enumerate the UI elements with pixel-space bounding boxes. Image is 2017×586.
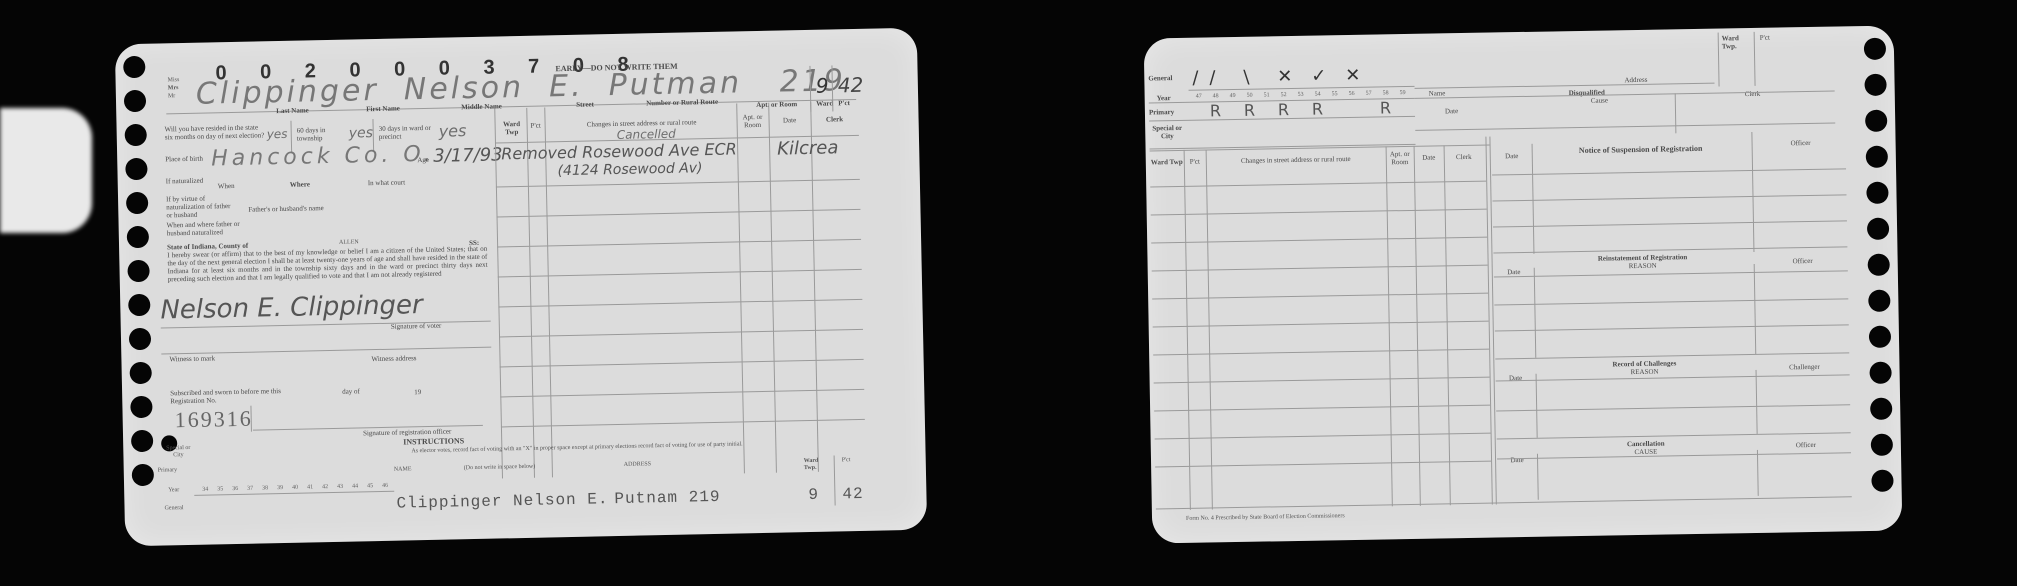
punch-hole	[128, 294, 150, 316]
year-cell: 42	[318, 484, 332, 490]
cancellation-officer-label: Officer	[1761, 440, 1851, 450]
year-cell: 59	[1395, 90, 1411, 96]
year-cell: 39	[273, 485, 287, 491]
registration-number: 169316	[174, 406, 253, 434]
label-place-of-birth: Place of birth	[165, 155, 205, 164]
label-cause: Cause	[1591, 96, 1608, 104]
punch-hole	[1871, 434, 1893, 456]
year-cell: 35	[213, 486, 227, 492]
punch-holes-right	[1144, 25, 1894, 38]
oath-text: I hereby swear (or affirm) that to the b…	[167, 245, 488, 284]
label-by-virtue: If by virtue of naturalization of father…	[166, 194, 236, 219]
year-cell: 51	[1259, 92, 1275, 98]
label-witness-address: Witness address	[371, 354, 416, 363]
back-primary-marks: R R R R R	[1144, 25, 1894, 38]
primary-mark: R	[1312, 99, 1323, 118]
label-pct: P'ct	[838, 99, 850, 107]
year-cell: 50	[1242, 93, 1258, 99]
grid-label-primary: Primary	[1149, 108, 1174, 116]
salutation-miss: Miss	[168, 77, 180, 84]
grid-label-year: Year	[168, 487, 179, 494]
reinstatement-officer-label: Officer	[1758, 256, 1848, 266]
punch-hole	[124, 90, 146, 112]
label-apt-room: Apt. or Room	[756, 100, 797, 109]
salutation-mr: Mr	[168, 93, 175, 100]
form-footer: Form No. 4 Prescribed by State Board of …	[1186, 513, 1345, 523]
residence-answer: yes	[267, 127, 288, 141]
days30-answer: yes	[439, 121, 467, 141]
label-pct-bottom: P'ct	[842, 457, 851, 464]
label-signature-voter: Signature of voter	[391, 322, 442, 331]
col-pct: P'ct	[1184, 158, 1206, 166]
year-cell: 47	[1191, 93, 1207, 99]
year-cell: 56	[1344, 91, 1360, 97]
punch-hole	[129, 362, 151, 384]
label-street: Street	[576, 100, 594, 108]
change-address-2: (4124 Rosewood Av)	[557, 160, 702, 179]
label-year-19: 19	[414, 388, 421, 396]
label-witness-mark: Witness to mark	[169, 354, 215, 363]
change-annotation: Cancelled	[617, 127, 676, 142]
punch-hole	[127, 226, 149, 248]
label-court: In what court	[368, 178, 405, 187]
label-father-name: Father's or husband's name	[248, 204, 324, 214]
year-cell: 41	[303, 484, 317, 490]
punch-hole	[1870, 398, 1892, 420]
label-subscribed: Subscribed and sworn to before me this	[170, 387, 281, 397]
registration-card-back: General Year Primary Special or City 47 …	[1144, 25, 1903, 543]
suspension-officer-label: Officer	[1756, 138, 1846, 148]
grid-label-primary: Primary	[158, 467, 177, 474]
punch-hole	[125, 158, 147, 180]
suspension-title: Notice of Suspension of Registration	[1536, 144, 1746, 156]
primary-mark: R	[1380, 98, 1391, 117]
label-last-name: Last Name	[276, 106, 309, 115]
label-where: Where	[290, 180, 310, 188]
punch-hole	[1867, 218, 1889, 240]
suspension-date-label: Date	[1492, 152, 1532, 161]
grid-label-general: General	[1148, 74, 1172, 82]
grid-label-special: Special or City	[163, 445, 193, 460]
instructions-title: INSTRUCTIONS	[403, 437, 464, 446]
year-cell: 45	[363, 483, 377, 489]
punch-hole	[1866, 182, 1888, 204]
label-date-top: Date	[1445, 107, 1458, 115]
year-cell: 38	[258, 485, 272, 491]
clerk-signature: Kilcrea	[777, 137, 839, 159]
punch-hole	[1869, 362, 1891, 384]
col-clerk: Clerk	[1444, 153, 1484, 162]
punch-hole	[126, 192, 148, 214]
label-30-days: 30 days in ward or precinct	[379, 124, 439, 141]
punch-hole	[130, 396, 152, 418]
typed-ward: 9	[808, 486, 819, 504]
year-cell: 52	[1276, 92, 1292, 98]
label-pct-top: P'ct	[1760, 34, 1770, 42]
punch-hole	[129, 328, 151, 350]
label-when: When	[218, 182, 235, 190]
label-name-bottom: NAME	[394, 466, 412, 473]
punch-hole	[123, 56, 145, 78]
label-day-of: day of	[342, 387, 360, 395]
background-paper-scrap	[0, 108, 92, 233]
punch-hole	[132, 464, 154, 486]
oath-county: ALLEN	[339, 239, 359, 246]
year-cell: 43	[333, 484, 347, 490]
registration-card-front: 0 0 2 0 0 0 3 7 0 8 EARLY—DO NOT WRITE T…	[115, 28, 927, 547]
typed-address: Putnam 219	[614, 488, 720, 508]
punch-hole	[131, 430, 153, 452]
year-cell: 37	[243, 486, 257, 492]
age-value: 3/17/93	[433, 144, 503, 166]
primary-mark: R	[1278, 100, 1289, 119]
year-cell: 55	[1327, 91, 1343, 97]
back-general-marks: / / \ ✕ ✓ ✕	[1144, 25, 1894, 38]
label-naturalized: If naturalized	[166, 177, 206, 186]
salutation-mrs: Mrs	[168, 85, 179, 92]
vote-mark: ✕	[1345, 65, 1360, 86]
punch-hole	[1868, 254, 1890, 276]
punch-hole	[127, 260, 149, 282]
label-ward-twp-top: Ward Twp.	[1722, 34, 1746, 50]
label-do-not-write: (Do not write in space below)	[464, 464, 536, 472]
year-cell: 46	[378, 483, 392, 489]
label-apt-room-col: Apt. or Room	[736, 113, 768, 130]
col-apt-room: Apt. or Room	[1386, 150, 1414, 166]
grid-label-special: Special or City	[1149, 124, 1185, 141]
typed-name: Clippinger Nelson E.	[396, 490, 608, 512]
label-ward: Ward	[816, 99, 833, 107]
year-cell: 57	[1361, 91, 1377, 97]
challenges-challenger-label: Challenger	[1759, 362, 1849, 372]
label-age: Age	[417, 156, 429, 164]
col-changes: Changes in street address or rural route	[1206, 154, 1386, 165]
label-ward-twp: Ward Twp	[497, 120, 527, 137]
year-cell: 36	[228, 486, 242, 492]
punch-hole	[1864, 38, 1886, 60]
ward-value: 9	[816, 74, 829, 98]
punch-holes-left	[115, 28, 917, 45]
punch-hole	[1868, 290, 1890, 312]
voter-signature: Nelson E. Clippinger	[160, 290, 423, 325]
year-cell: 58	[1378, 90, 1394, 96]
label-address-bottom: ADDRESS	[624, 461, 651, 469]
label-pct-col: P'ct	[527, 121, 545, 129]
punch-hole	[1865, 110, 1887, 132]
year-cell: 48	[1208, 93, 1224, 99]
punch-hole	[1866, 146, 1888, 168]
label-registration-no: Registration No.	[170, 396, 216, 405]
label-residence-question: Will you have resided in the state six m…	[165, 123, 265, 141]
label-date-col: Date	[768, 116, 810, 125]
col-date: Date	[1414, 153, 1444, 162]
punch-hole	[1869, 326, 1891, 348]
primary-mark: R	[1244, 101, 1255, 120]
label-number: Number or Rural Route	[646, 98, 718, 108]
grid-label-general: General	[164, 505, 183, 512]
vote-mark: /	[1192, 68, 1198, 89]
punch-hole	[125, 124, 147, 146]
year-cell: 40	[288, 485, 302, 491]
label-when-where-father: When and where father or husband natural…	[167, 220, 257, 238]
punch-hole	[1864, 74, 1886, 96]
typed-pct: 42	[842, 485, 864, 503]
back-year-row: 47 48 49 50 51 52 53 54 55 56 57 58 59	[1144, 25, 1894, 38]
punch-hole	[1871, 470, 1893, 492]
label-ward-bottom: Ward Twp.	[804, 458, 828, 472]
year-cell: 44	[348, 483, 362, 489]
grid-label-year: Year	[1157, 94, 1171, 102]
label-clerk-col: Clerk	[810, 115, 858, 124]
vote-mark: ✓	[1311, 65, 1326, 86]
vote-mark: /	[1209, 67, 1215, 88]
col-ward-twp: Ward Twp	[1150, 158, 1184, 167]
label-60-days: 60 days in township	[297, 126, 349, 143]
pct-value: 42	[838, 73, 864, 98]
vote-mark: ✕	[1277, 66, 1292, 87]
label-first-name: First Name	[366, 104, 400, 113]
instructions-text: As elector votes, record fact of voting …	[411, 440, 831, 456]
label-middle-name: Middle Name	[461, 102, 502, 111]
year-cell: 53	[1293, 92, 1309, 98]
year-cell: 49	[1225, 93, 1241, 99]
year-cell: 54	[1310, 91, 1326, 97]
place-of-birth-value: Hancock Co. O.	[211, 142, 435, 172]
vote-mark: \	[1243, 67, 1249, 88]
front-year-row: 34 35 36 37 38 39 40 41 42 43 44 45 46	[115, 28, 917, 45]
year-cell: 34	[198, 487, 212, 493]
days60-answer: yes	[349, 125, 374, 142]
primary-mark: R	[1210, 101, 1221, 120]
